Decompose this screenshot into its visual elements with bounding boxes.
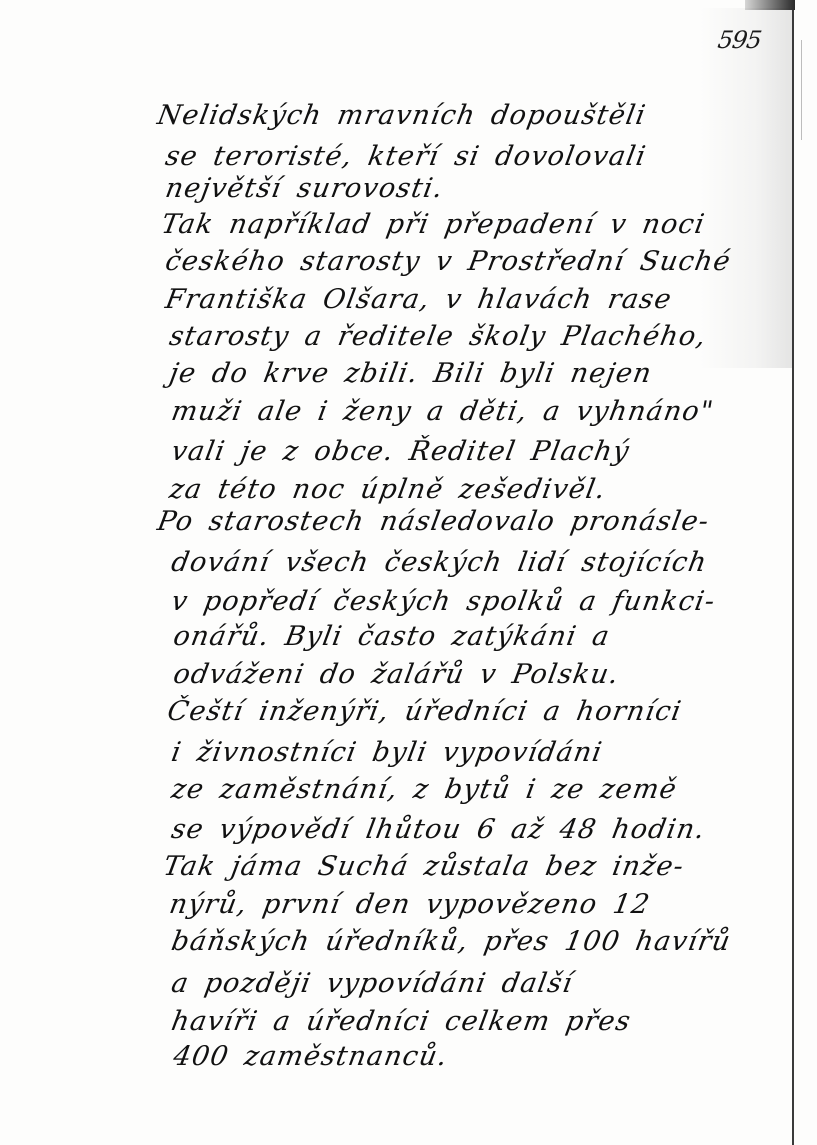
handwritten-line: ze zaměstnání, z bytů i ze země: [169, 774, 680, 805]
page-edge-line: [792, 10, 794, 1145]
scan-shading: [700, 8, 793, 368]
handwritten-line: i živnostníci byli vypovídáni: [169, 737, 605, 768]
handwritten-line: za této noc úplně zešedivěl.: [167, 474, 609, 505]
handwritten-line: vali je z obce. Ředitel Plachý: [169, 436, 632, 467]
handwritten-line: havíři a úředníci celkem přes: [169, 1006, 634, 1037]
handwritten-line: nýrů, první den vypovězeno 12: [167, 889, 653, 920]
handwritten-line: dování všech českých lidí stojících: [169, 547, 710, 578]
handwritten-line: onářů. Byli často zatýkáni a: [171, 621, 613, 652]
handwritten-line: 400 zaměstnanců.: [171, 1041, 450, 1072]
handwritten-line: Po starostech následovalo pronásle-: [155, 506, 712, 537]
page-edge-faint-line: [801, 40, 802, 140]
handwritten-line: Nelidských mravních dopouštěli: [155, 100, 649, 131]
handwritten-line: se výpovědí lhůtou 6 až 48 hodin.: [169, 814, 708, 845]
handwritten-line: českého starosty v Prostřední Suché: [163, 246, 734, 277]
handwritten-line: největší surovosti.: [163, 173, 446, 204]
handwritten-line: odváženi do žalářů v Polsku.: [171, 659, 622, 690]
handwritten-line: Františka Olšara, v hlavách rase: [163, 284, 675, 315]
handwritten-line: starosty a ředitele školy Plachého,: [167, 321, 709, 352]
handwritten-line: báňských úředníků, přes 100 havířů: [169, 926, 733, 957]
handwritten-line: Tak například při přepadení v noci: [159, 209, 708, 240]
scanned-page: 595 Nelidských mravních dopouštělise ter…: [0, 0, 817, 1145]
page-number: 595: [716, 26, 763, 54]
handwritten-line: Čeští inženýři, úředníci a horníci: [165, 696, 684, 727]
handwritten-line: se teroristé, kteří si dovolovali: [163, 141, 649, 172]
handwritten-line: v popředí českých spolků a funkci-: [169, 586, 718, 617]
handwritten-line: je do krve zbili. Bili byli nejen: [167, 358, 655, 389]
handwritten-line: Tak jáma Suchá zůstala bez inže-: [161, 851, 687, 882]
handwritten-line: a později vypovídáni další: [169, 968, 575, 999]
handwritten-line: muži ale i ženy a děti, a vyhnáno": [169, 396, 716, 427]
scan-corner-shadow: [745, 0, 795, 10]
